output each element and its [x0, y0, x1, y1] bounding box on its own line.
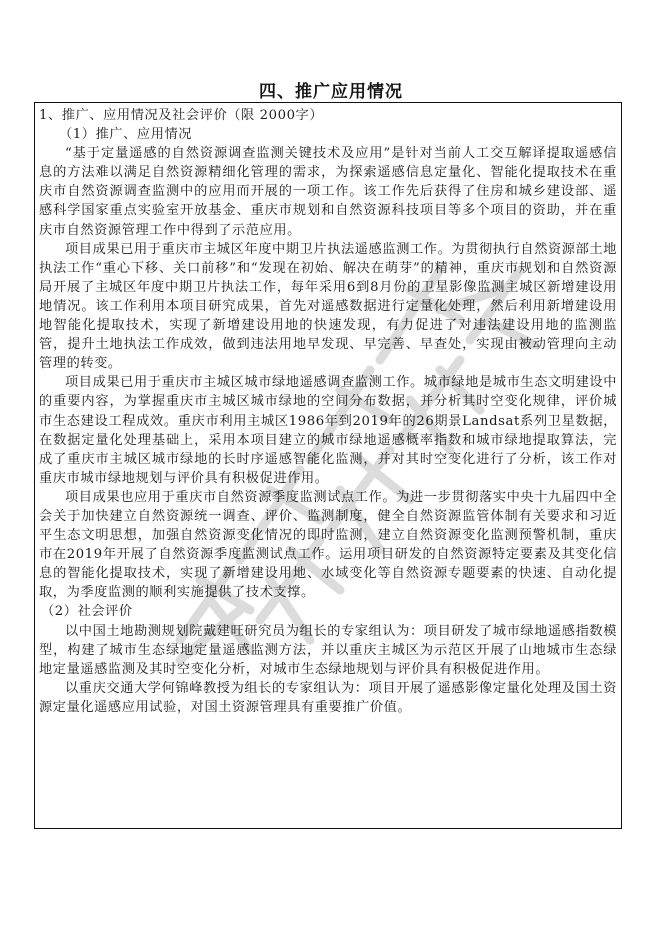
paragraph-law-enforcement: 项目成果已用于重庆市主城区年度中期卫片执法遥感监测工作。为贯彻执行自然资源部土地… — [39, 240, 617, 374]
paragraph-quarterly-monitoring: 项目成果也应用于重庆市自然资源季度监测试点工作。为进一步贯彻落实中央十九届四中全… — [39, 488, 617, 603]
subsection-heading-application: （1）推广、应用情况 — [39, 125, 617, 144]
section-heading: 1、推广、应用情况及社会评价（限 2000字） — [39, 106, 617, 125]
paragraph-evaluation-1: 以中国土地勘测规划院戴建旺研究员为组长的专家组认为：项目研发了城市绿地遥感指数模… — [39, 622, 617, 679]
paragraph-evaluation-2: 以重庆交通大学何锦峰教授为组长的专家组认为：项目开展了遥感影像定量化处理及国土资… — [39, 679, 617, 717]
content-box: 1、推广、应用情况及社会评价（限 2000字） （1）推广、应用情况 “基于定量… — [34, 102, 622, 829]
paragraph-urban-green: 项目成果已用于重庆市主城区城市绿地遥感调查监测工作。城市绿地是城市生态文明建设中… — [39, 373, 617, 488]
paragraph-overview: “基于定量遥感的自然资源调查监测关键技术及应用”是针对当前人工交互解译提取遥感信… — [39, 144, 617, 239]
subsection-heading-evaluation: （2）社会评价 — [39, 602, 617, 621]
page-title: 四、推广应用情况 — [0, 82, 662, 102]
